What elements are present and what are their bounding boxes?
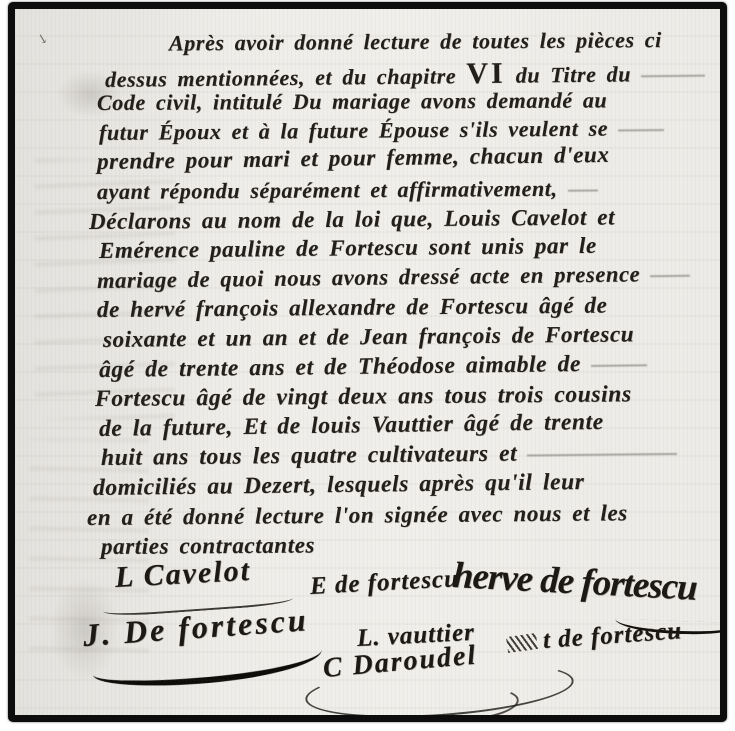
signature-j-de-fortescu: J. De fortescu [82,601,310,654]
manuscript-line: dessus mentionnées, et du chapitre VI du… [97,54,720,90]
manuscript-line: mariage de quoi nous avons dressé acte e… [97,260,720,297]
line-segment: dessus mentionnées, et du chapitre [105,63,466,92]
signature-flourish [506,633,538,653]
bleed-through-smudge [45,569,125,689]
signature-c-daroudel: C Daroudel [322,640,479,685]
signature-t-de-fortescu: t de fortescu [542,617,683,655]
manuscript-line: en a été donné lecture l'on signée avec … [87,499,720,534]
signature-l-vauttier: L. vauttier [356,619,475,653]
signature-flourish [434,685,521,715]
manuscript-line: domiciliés au Dezert, lesquels après qu'… [93,467,720,504]
manuscript-line: prendre pour mari et pour femme, chacun … [97,140,720,179]
signature-herve-de-fortescu: herve de fortescu [452,554,698,610]
signature-l-cavelot: L Cavelot [114,554,252,595]
signature-flourish [615,619,720,637]
manuscript-line: âgé de trente ans et de Théodose aimable… [97,349,720,386]
signature-flourish [103,588,294,617]
manuscript-line: futur Époux et à la future Épouse s'ils … [97,114,720,149]
manuscript-line: Déclarons au nom de la loi que, Louis Ca… [89,203,720,238]
manuscript-line: de la future, Et de louis Vauttier âgé d… [97,407,720,446]
manuscript-text-block: Après avoir donné lecture de toutes les … [97,31,720,564]
scan-border-frame: ↘ Après avoir donné lecture de toutes le… [8,2,727,722]
manuscript-line: Code civil, intitulé Du mariage avons de… [97,87,720,120]
manuscript-line: de hervé françois allexandre de Fortescu… [97,292,720,327]
stray-ink-mark-icon: ↘ [35,30,49,48]
signature-e-de-fortescu: E de fortescu [309,565,459,601]
manuscript-line: Fortescu âgé de vingt deux ans tous troi… [95,381,720,416]
manuscript-line: huit ans tous les quatre cultivateurs et [97,439,720,475]
line-segment: du Titre du [505,61,631,87]
manuscript-line: Emérence pauline de Fortescu sont unis p… [97,231,720,267]
manuscript-line: soixante et un an et de Jean françois de… [97,320,720,356]
roman-numeral: VI [466,56,506,89]
signature-flourish [92,647,323,693]
bleed-through-smudge [29,439,149,669]
manuscript-line: parties contractantes [97,530,720,564]
signature-flourish [304,655,576,715]
bleed-through-smudge [35,159,175,419]
manuscript-line: ayant répondu séparément et affirmativem… [97,175,720,209]
scanned-document: ↘ Après avoir donné lecture de toutes le… [0,0,735,731]
document-page: ↘ Après avoir donné lecture de toutes le… [15,9,720,715]
bleed-through-smudge [55,69,125,119]
manuscript-line: Après avoir donné lecture de toutes les … [97,27,720,61]
